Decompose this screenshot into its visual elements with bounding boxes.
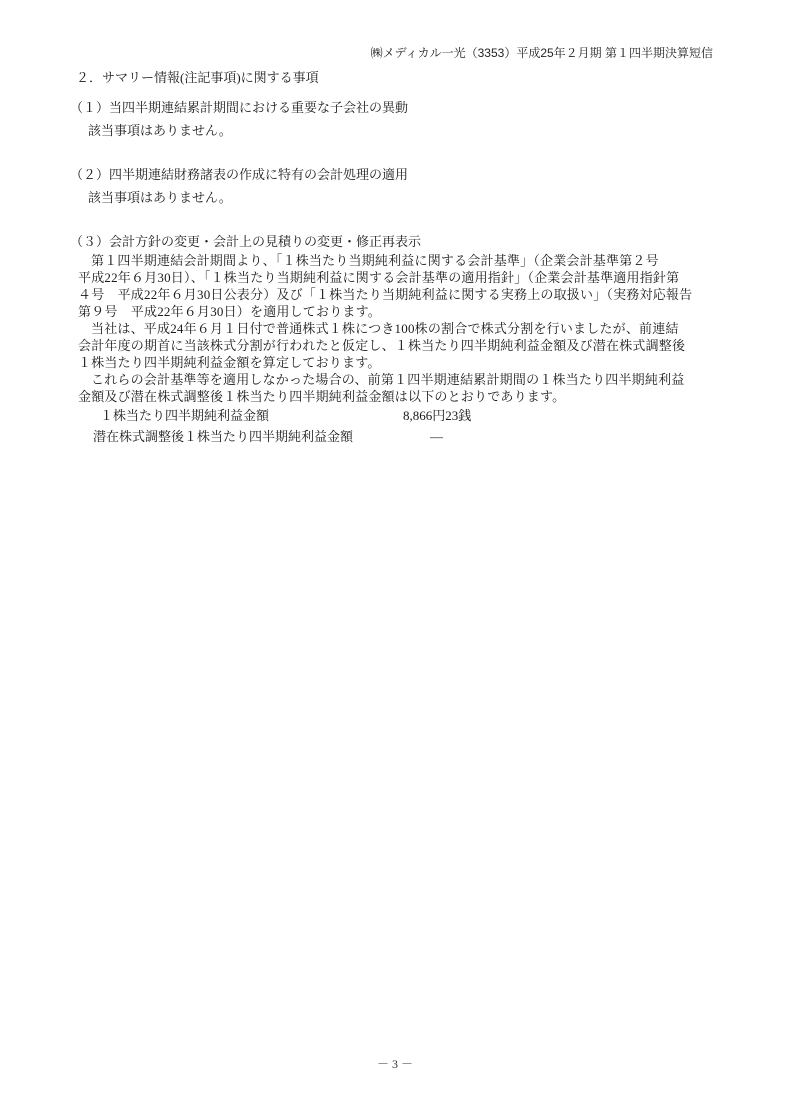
diluted-eps-figure-value: ― (430, 429, 443, 445)
paragraph-line: 第９号 平成22年６月30日）を適用しております。 (78, 303, 726, 320)
paragraph-line: １株当たり四半期純利益金額を算定しております。 (78, 354, 726, 371)
paragraph-line: 金額及び潜在株式調整後１株当たり四半期純利益金額は以下のとおりであります。 (78, 388, 726, 405)
page-number: － 3 － (0, 1057, 790, 1071)
document-page: ㈱メディカル一光（3353）平成25年２月期 第１四半期決算短信 ２．サマリー情… (0, 0, 790, 1118)
item-2-heading: （２）四半期連結財務諸表の作成に特有の会計処理の適用 (70, 167, 408, 183)
paragraph-line: 会計年度の期首に当該株式分割が行われたと仮定し、１株当たり四半期純利益金額及び潜… (78, 337, 726, 354)
paragraph-line: 当社は、平成24年６月１日付で普通株式１株につき100株の割合で株式分割を行いま… (78, 320, 726, 337)
item-3-heading: （３）会計方針の変更・会計上の見積りの変更・修正再表示 (70, 234, 421, 250)
paragraph-line: これらの会計基準等を適用しなかった場合の、前第１四半期連結累計期間の１株当たり四… (78, 371, 726, 388)
paragraph-line: 平成22年６月30日）、「１株当たり当期純利益に関する会計基準の適用指針」（企業… (78, 269, 726, 286)
document-header: ㈱メディカル一光（3353）平成25年２月期 第１四半期決算短信 (371, 46, 713, 60)
item-1-heading: （１）当四半期連結累計期間における重要な子会社の異動 (70, 100, 408, 116)
section-title: ２．サマリー情報(注記事項)に関する事項 (76, 70, 319, 86)
eps-figure-value: 8,866円23銭 (403, 408, 471, 424)
accounting-policy-paragraph: 第１四半期連結会計期間より、「１株当たり当期純利益に関する会計基準」（企業会計基… (78, 252, 726, 405)
diluted-eps-figure-label: 潜在株式調整後１株当たり四半期純利益金額 (93, 429, 353, 445)
item-1-body: 該当事項はありません。 (88, 123, 232, 139)
eps-figure-label: １株当たり四半期純利益金額 (100, 408, 269, 424)
paragraph-line: 第１四半期連結会計期間より、「１株当たり当期純利益に関する会計基準」（企業会計基… (78, 252, 726, 269)
paragraph-line: ４号 平成22年６月30日公表分）及び「１株当たり当期純利益に関する実務上の取扱… (78, 286, 726, 303)
item-2-body: 該当事項はありません。 (88, 190, 232, 206)
